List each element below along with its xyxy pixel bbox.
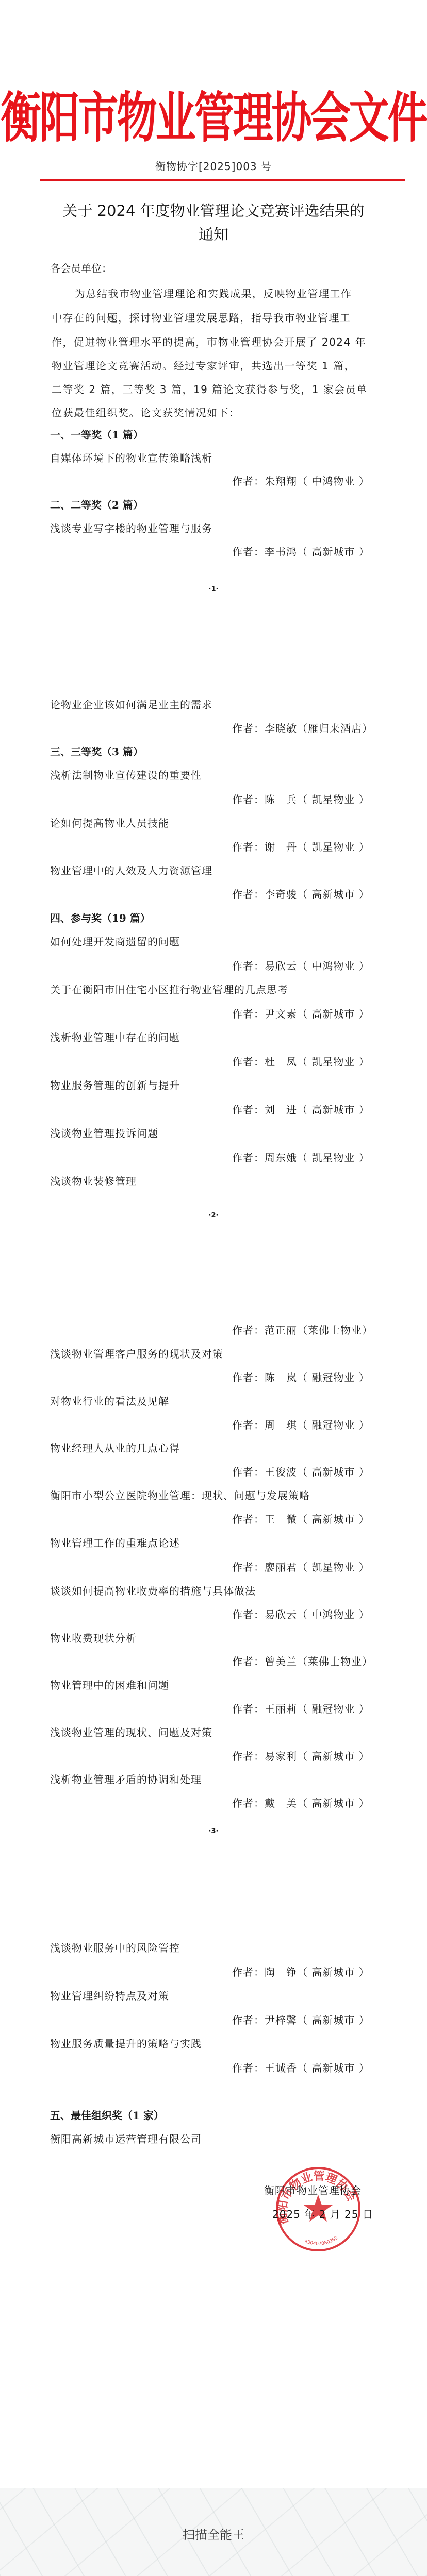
paper-author: 作者：朱翔翔（ 中鸿物业 ）: [232, 473, 370, 488]
paper-author: 作者：戴 美（ 高新城市 ）: [232, 1795, 370, 1810]
paper-title: 对物业行业的看法及见解: [50, 1393, 169, 1408]
paper-author: 作者：谢 丹（ 凯星物业 ）: [232, 839, 370, 854]
paper-author: 作者：易家利（ 高新城市 ）: [232, 1748, 370, 1763]
signature-date: 2025 年 2 月 25 日: [272, 2206, 373, 2221]
paper-title: 物业管理纠纷特点及对策: [50, 1988, 169, 2003]
paper-title: 物业管理工作的重难点论述: [50, 1535, 180, 1550]
seal-code: 430407080263: [304, 2235, 339, 2247]
paper-author: 作者：尹文素（ 高新城市 ）: [232, 1006, 370, 1021]
paper-author: 作者：廖丽君（ 凯星物业 ）: [232, 1559, 370, 1574]
paper-title: 浅析物业管理矛盾的协调和处理: [50, 1771, 202, 1786]
paper-author: 作者：杜 凤（ 凯星物业 ）: [232, 1054, 370, 1069]
paper-title: 物业服务质量提升的策略与实践: [50, 2036, 202, 2050]
body-line: 物业管理论文竞赛活动。经过专家评审，共选出一等奖 1 篇，: [52, 358, 355, 372]
paper-author: 作者：李奇骏（ 高新城市 ）: [232, 886, 370, 901]
paper-author: 作者：尹梓馨（ 高新城市 ）: [232, 2012, 370, 2027]
paper-author: 作者：周东娥（ 凯星物业 ）: [232, 1149, 370, 1164]
section-heading-best-organization: 五、最佳组织奖（1 家）: [50, 2107, 164, 2122]
section-heading-first-prize: 一、一等奖（1 篇）: [50, 427, 143, 442]
page-number: ·2·: [0, 1212, 427, 1219]
paper-title: 浅谈专业写字楼的物业管理与服务: [50, 520, 212, 535]
paper-title: 浅析物业管理中存在的问题: [50, 1029, 180, 1044]
page-number: ·3·: [0, 1827, 427, 1835]
paper-title: 论如何提高物业人员技能: [50, 815, 169, 830]
salutation: 各会员单位：: [50, 260, 112, 275]
paper-author: 作者：陈 岚（ 融冠物业 ）: [232, 1369, 370, 1384]
paper-author: 作者：王诚香（ 高新城市 ）: [232, 2060, 370, 2075]
paper-author: 作者：王 微（ 高新城市 ）: [232, 1511, 370, 1526]
paper-title: 浅析法制物业宣传建设的重要性: [50, 767, 202, 782]
paper-title: 关于在衡阳市旧住宅小区推行物业管理的几点思考: [50, 981, 288, 996]
paper-title: 浅谈物业管理的现状、问题及对策: [50, 1724, 212, 1739]
paper-title: 浅谈物业管理客户服务的现状及对策: [50, 1346, 223, 1361]
paper-title: 物业管理中的人效及人力资源管理: [50, 862, 212, 877]
paper-title: 物业管理中的困难和问题: [50, 1677, 169, 1692]
paper-author: 作者：陈 兵（ 凯星物业 ）: [232, 791, 370, 806]
section-heading-second-prize: 二、二等奖（2 篇）: [50, 497, 143, 512]
paper-title: 物业收费现状分析: [50, 1630, 137, 1645]
body-line: 二等奖 2 篇，三等奖 3 篇，19 篇论文获得参与奖，1 家会员单: [52, 381, 368, 396]
section-heading-third-prize: 三、三等奖（3 篇）: [50, 743, 143, 758]
paper-author: 作者：王丽莉（ 融冠物业 ）: [232, 1701, 370, 1716]
body-line: 位获最佳组织奖。论文获奖情况如下：: [52, 404, 240, 419]
paper-title: 自媒体环境下的物业宣传策略浅析: [50, 450, 212, 465]
scanner-app-brand: 扫描全能王: [0, 2524, 427, 2543]
paper-author: 作者：周 琪（ 融冠物业 ）: [232, 1417, 370, 1432]
paper-title: 物业服务管理的创新与提升: [50, 1077, 180, 1092]
paper-title: 浅谈物业装修管理: [50, 1173, 137, 1188]
body-line: 中存在的问题，探讨物业管理发展思路，指导我市物业管理工: [52, 310, 351, 325]
paper-author: 作者：刘 进（ 高新城市 ）: [232, 1101, 370, 1116]
paper-title: 浅谈物业管理投诉问题: [50, 1125, 158, 1140]
paper-author: 作者：易欣云（ 中鸿物业 ）: [232, 958, 370, 973]
body-line: 为总结我市物业管理理论和实践成果，反映物业管理工作: [75, 285, 352, 300]
section-heading-participation-prize: 四、参与奖（19 篇）: [50, 910, 151, 925]
paper-author: 作者：李晓敏（雁归来酒店）: [232, 720, 373, 735]
paper-title: 如何处理开发商遗留的问题: [50, 934, 180, 948]
notice-title-line-2: 通知: [0, 223, 427, 244]
org-header-title: 衡阳市物业管理协会文件: [0, 75, 427, 152]
paper-title: 衡阳市小型公立医院物业管理：现状、问题与发展策略: [50, 1487, 310, 1502]
page-number: ·1·: [0, 585, 427, 593]
signature-organization: 衡阳市物业管理协会: [264, 2182, 362, 2197]
paper-title: 物业经理人从业的几点心得: [50, 1440, 180, 1455]
paper-author: 作者：陶 铮（ 高新城市 ）: [232, 1964, 370, 1979]
paper-author: 作者：李书鸿（ 高新城市 ）: [232, 544, 370, 558]
svg-text:430407080263: 430407080263: [304, 2235, 339, 2247]
paper-title: 谈谈如何提高物业收费率的措施与具体做法: [50, 1583, 256, 1598]
body-line: 作，促进物业管理水平的提高，市物业管理协会开展了 2024 年: [52, 334, 366, 349]
header-divider: [40, 179, 405, 181]
document-number: 衡物协字[2025]003 号: [0, 158, 427, 173]
paper-title: 浅谈物业服务中的风险管控: [50, 1940, 180, 1955]
best-organization-name: 衡阳高新城市运营管理有限公司: [50, 2131, 202, 2146]
paper-author: 作者：范正丽（莱佛士物业）: [232, 1322, 373, 1337]
paper-title: 论物业企业该如何满足业主的需求: [50, 697, 212, 711]
paper-author: 作者：曾美兰（莱佛士物业）: [232, 1653, 373, 1668]
notice-title-line-1: 关于 2024 年度物业管理论文竞赛评选结果的: [0, 199, 427, 221]
paper-author: 作者：易欣云（ 中鸿物业 ）: [232, 1606, 370, 1621]
paper-author: 作者：王俊波（ 高新城市 ）: [232, 1464, 370, 1479]
